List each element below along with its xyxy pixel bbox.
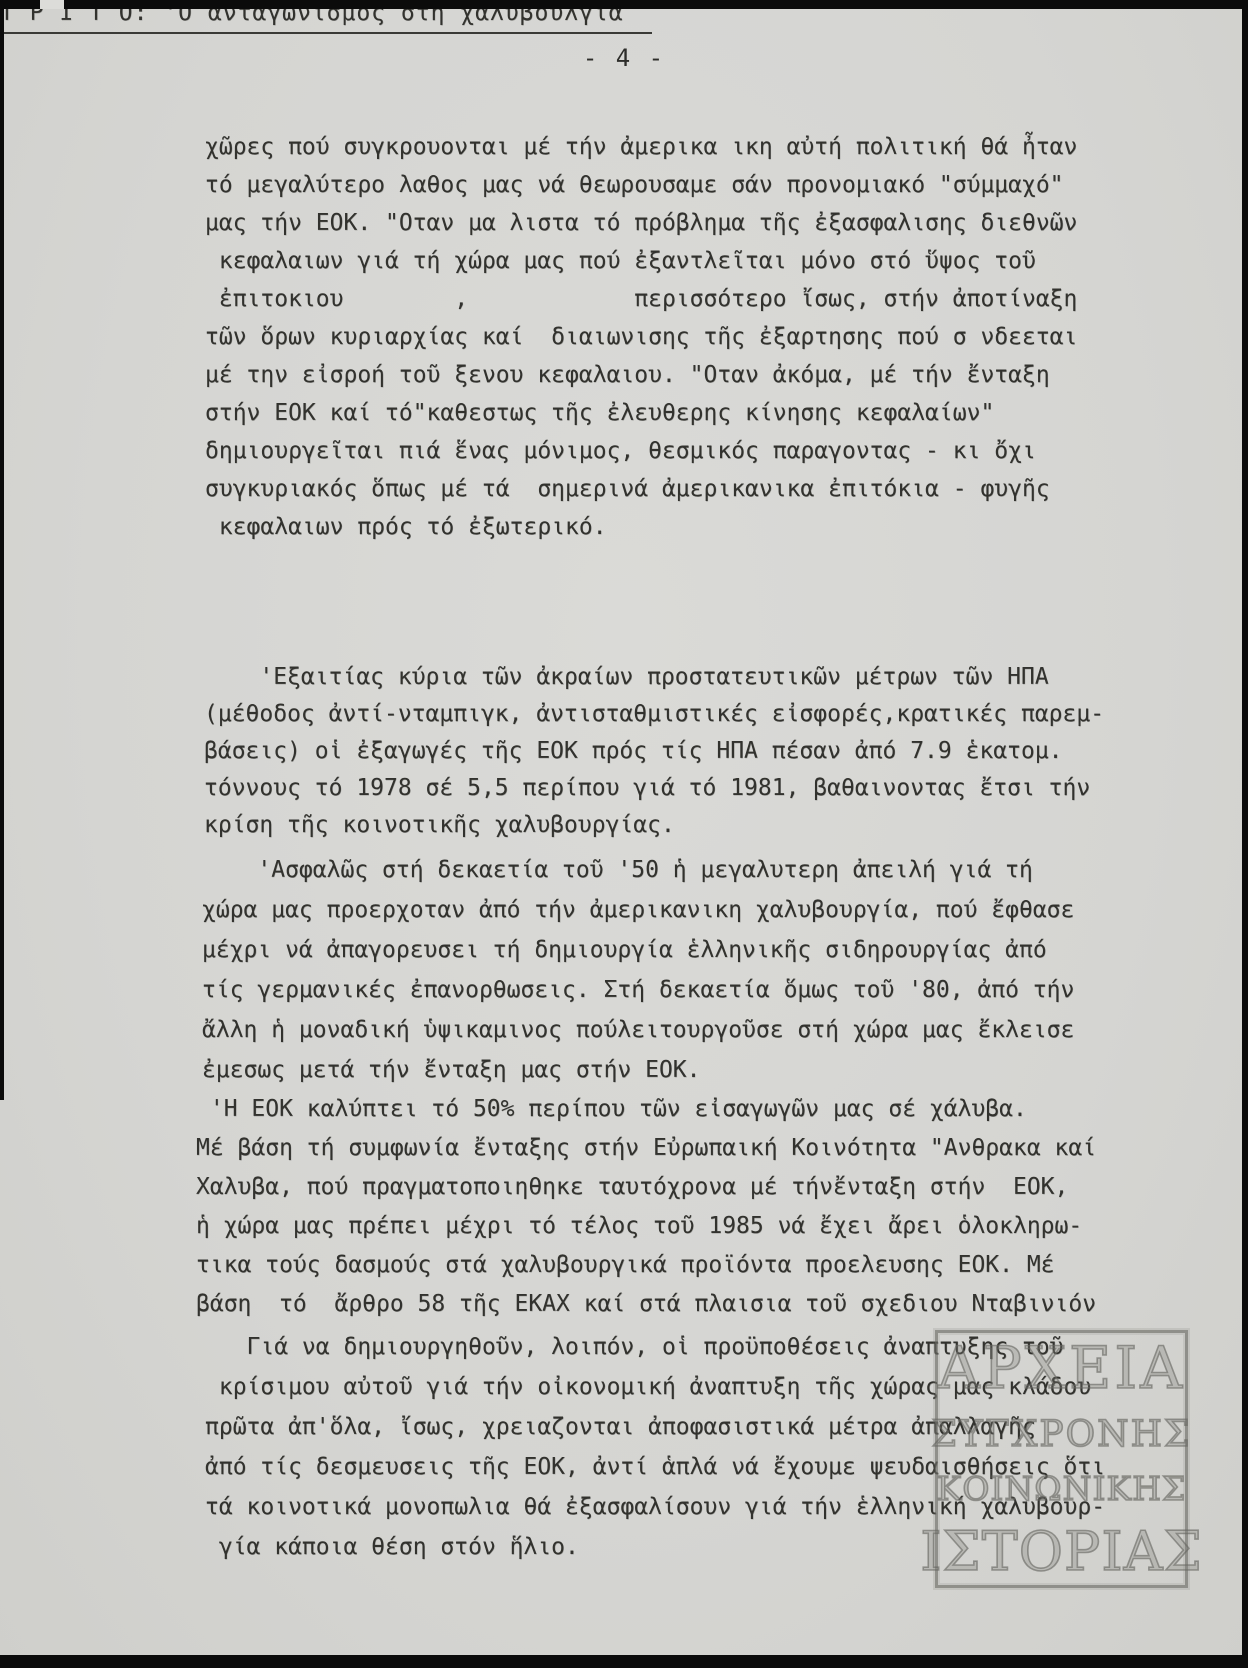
text-line: βάση τό ἄρθρο 58 τῆς ΕΚΑΧ καί στά πλαισι…: [196, 1285, 1096, 1324]
text-line: κεφαλαιων γιά τή χώρα μας πού ἐξαντλεῖτα…: [205, 242, 1077, 280]
text-line: 'Εξαιτίας κύρια τῶν ἀκραίων προστατευτικ…: [204, 659, 1104, 696]
text-line: δημιουργεῖται πιά ἕνας μόνιμος, θεσμικός…: [205, 432, 1077, 470]
text-line: ἄλλη ἡ μοναδική ὑψικαμινος πούλειτουργοῦ…: [202, 1010, 1074, 1050]
text-line: Χαλυβα, πού πραγματοποιηθηκε ταυτόχρονα …: [196, 1168, 1096, 1207]
text-line: στήν ΕΟΚ καί τό"καθεστως τῆς ἐλευθερης κ…: [205, 394, 1077, 432]
text-line: κεφαλαιων πρός τό ἐξωτερικό.: [205, 508, 1077, 546]
text-line: Μέ βάση τή συμφωνία ἔνταξης στήν Εὐρωπαι…: [196, 1129, 1096, 1168]
scan-edge-top: [0, 0, 1248, 9]
text-line: κρίσιμου αὐτοῦ γιά τήν οἰκονομική ἀναπτυ…: [205, 1367, 1105, 1407]
text-line: τικα τούς δασμούς στά χαλυβουργικά προϊό…: [196, 1246, 1096, 1285]
text-line: τόννους τό 1978 σέ 5,5 περίπου γιά τό 19…: [204, 770, 1104, 807]
page-number: - 4 -: [0, 44, 1248, 72]
text-line: μέ την εἰσροή τοῦ ξενου κεφαλαιου. "Οταν…: [205, 356, 1077, 394]
paragraph-5: Γιά να δημιουργηθοῦν, λοιπόν, οἱ προϋποθ…: [205, 1327, 1105, 1567]
text-line: ἡ χώρα μας πρέπει μέχρι τό τέλος τοῦ 198…: [196, 1207, 1096, 1246]
scan-edge-notch: [40, 0, 64, 9]
text-line: μέχρι νά ἀπαγορευσει τή δημιουργία ἑλλην…: [202, 930, 1074, 970]
paragraph-4: 'Η ΕΟΚ καλύπτει τό 50% περίπου τῶν εἰσαγ…: [196, 1090, 1096, 1324]
text-line: πρῶτα ἀπ'ὅλα, ἴσως, χρειαζονται ἀποφασισ…: [205, 1407, 1105, 1447]
scan-edge-right: [1242, 0, 1248, 1668]
text-line: τό μεγαλύτερο λαθος μας νά θεωρουσαμε σά…: [205, 166, 1077, 204]
scan-edge-left: [0, 0, 4, 1100]
text-line: ἀπό τίς δεσμευσεις τῆς ΕΟΚ, ἀντί ἁπλά νά…: [205, 1447, 1105, 1487]
paragraph-2: 'Εξαιτίας κύρια τῶν ἀκραίων προστατευτικ…: [204, 659, 1104, 844]
text-line: (μέθοδος ἀντί-νταμπιγκ, ἀντισταθμιστικές…: [204, 696, 1104, 733]
scan-edge-bottom: [0, 1655, 1248, 1668]
text-line: συγκυριακός ὅπως μέ τά σημερινά ἀμερικαν…: [205, 470, 1077, 508]
text-line: Γιά να δημιουργηθοῦν, λοιπόν, οἱ προϋποθ…: [205, 1327, 1105, 1367]
paragraph-1: χῶρες πού συγκρουονται μέ τήν ἀμερικα ικ…: [205, 128, 1077, 546]
text-line: βάσεις) οἱ ἐξαγωγές τῆς ΕΟΚ πρός τίς ΗΠΑ…: [204, 733, 1104, 770]
text-line: 'Ασφαλῶς στή δεκαετία τοῦ '50 ἡ μεγαλυτε…: [202, 850, 1074, 890]
text-line: μας τήν ΕΟΚ. "Οταν μα λιστα τό πρόβλημα …: [205, 204, 1077, 242]
text-line: τῶν ὅρων κυριαρχίας καί διαιωνισης τῆς ἐ…: [205, 318, 1077, 356]
paragraph-3: 'Ασφαλῶς στή δεκαετία τοῦ '50 ἡ μεγαλυτε…: [202, 850, 1074, 1090]
text-line: ἐπιτοκιου , περισσότερο ἴσως, στήν ἀποτί…: [205, 280, 1077, 318]
text-line: χώρα μας προερχοταν ἀπό τήν ἀμερικανικη …: [202, 890, 1074, 930]
text-line: γία κάποια θέση στόν ἥλιο.: [205, 1527, 1105, 1567]
text-line: χῶρες πού συγκρουονται μέ τήν ἀμερικα ικ…: [205, 128, 1077, 166]
text-line: 'Η ΕΟΚ καλύπτει τό 50% περίπου τῶν εἰσαγ…: [196, 1090, 1096, 1129]
text-line: τίς γερμανικές ἐπανορθωσεις. Στή δεκαετί…: [202, 970, 1074, 1010]
text-line: κρίση τῆς κοινοτικῆς χαλυβουργίας.: [204, 807, 1104, 844]
scanned-document-page: - 4 - χῶρες πού συγκρουονται μέ τήν ἀμερ…: [0, 0, 1248, 1668]
text-line: ἐμεσως μετά τήν ἔνταξη μας στήν ΕΟΚ.: [202, 1050, 1074, 1090]
text-line: τά κοινοτικά μονοπωλια θά ἐξασφαλίσουν γ…: [205, 1487, 1105, 1527]
